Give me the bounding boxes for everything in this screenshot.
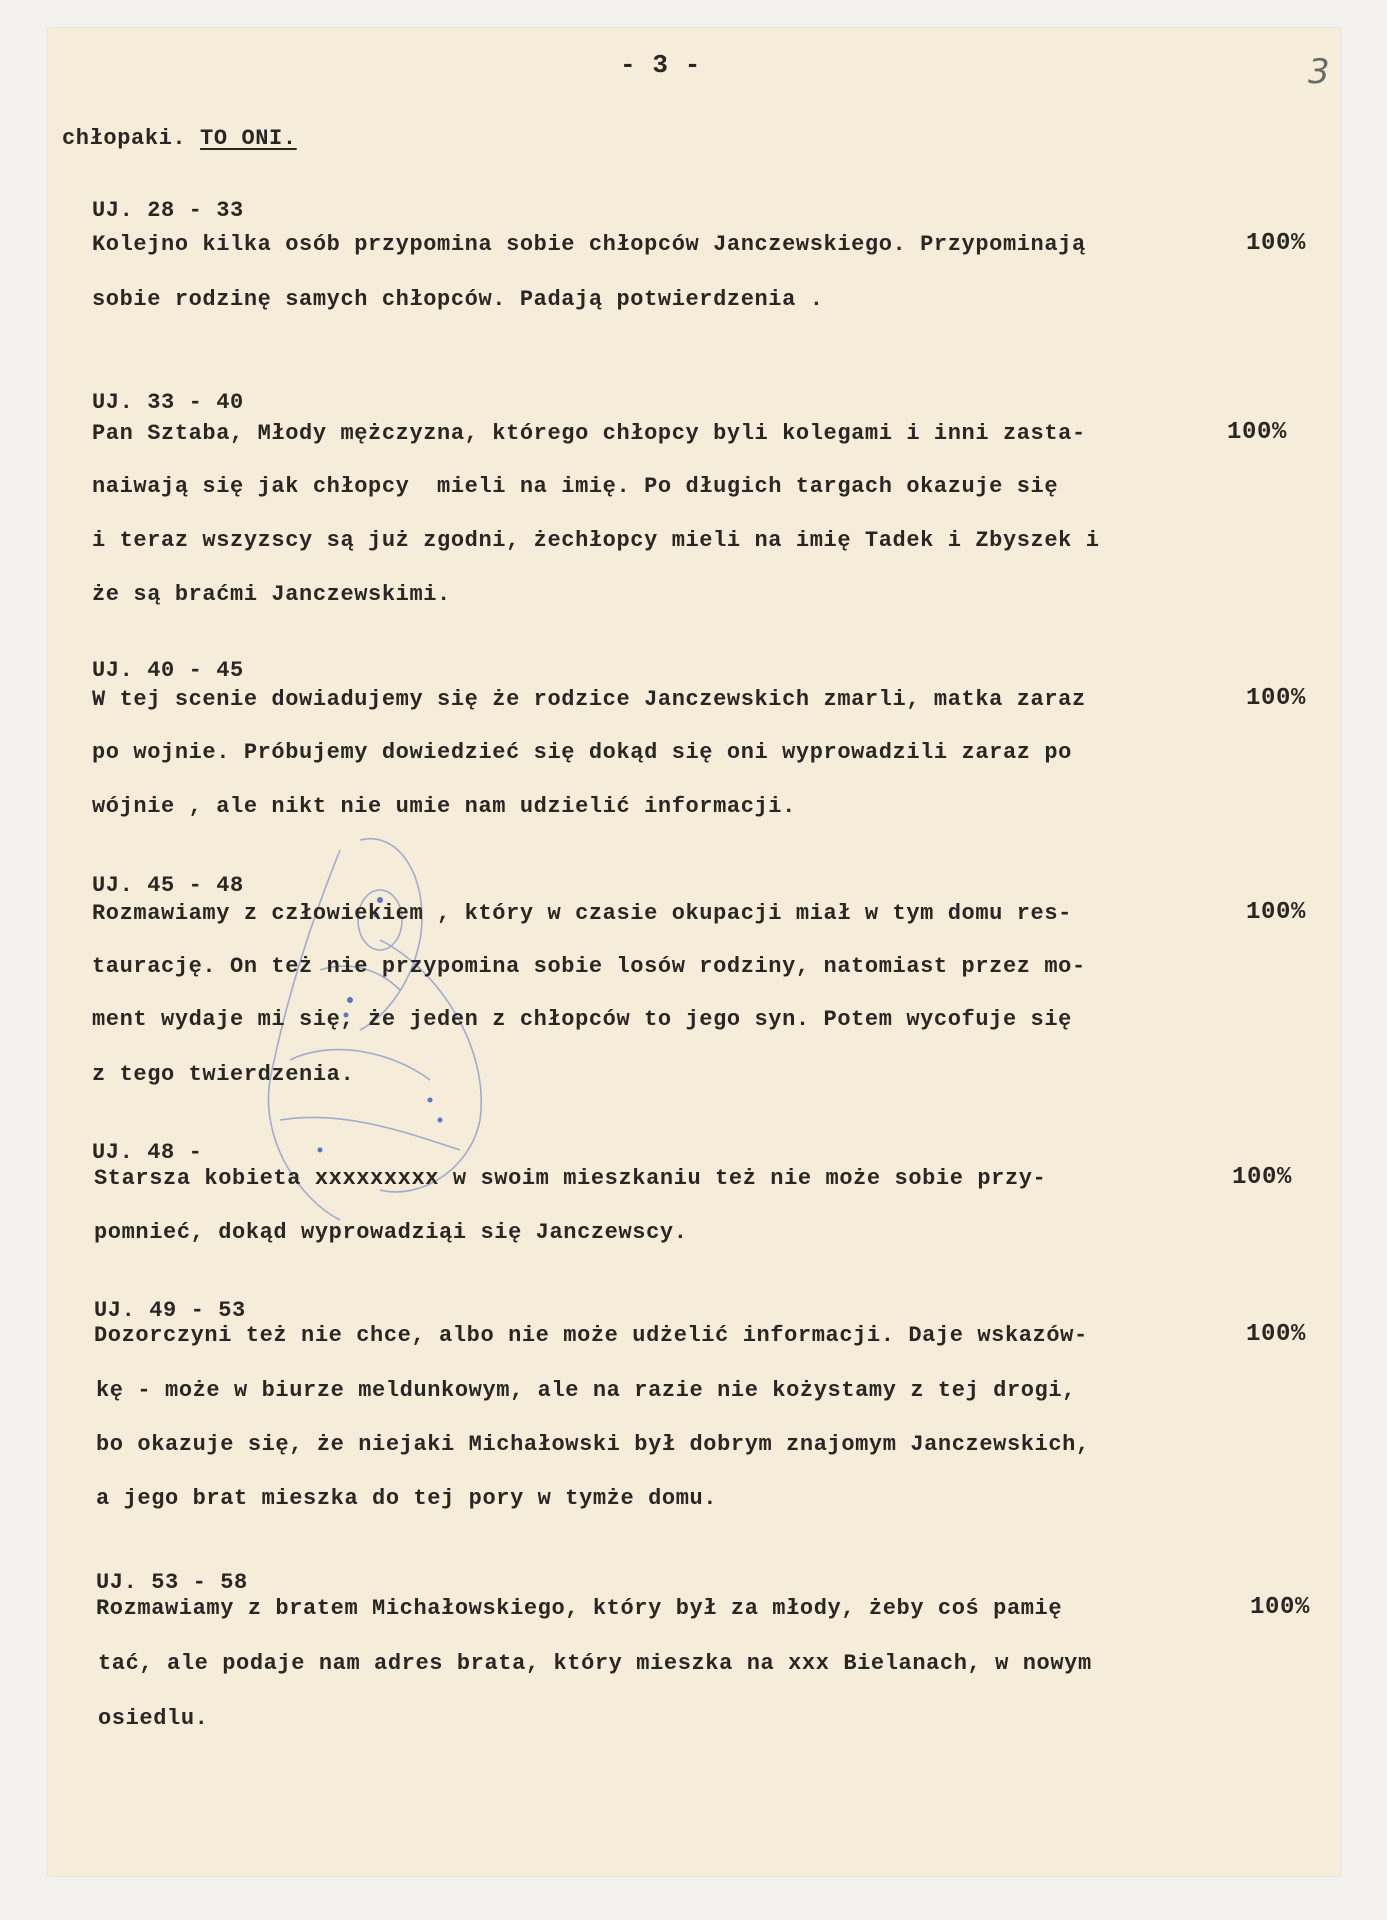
page-header: - 3 - bbox=[620, 52, 701, 78]
intro-emphasis: TO ONI. bbox=[200, 126, 297, 151]
section-line: z tego twierdzenia. bbox=[92, 1064, 354, 1086]
section-label: UJ. 40 - 45 bbox=[92, 660, 244, 682]
section-line: Rozmawiamy z bratem Michałowskiego, któr… bbox=[96, 1598, 1062, 1620]
section-percent: 100% bbox=[1250, 1596, 1310, 1620]
section-line: i teraz wszyzscy są już zgodni, żechłopc… bbox=[92, 530, 1100, 552]
section-line: po wojnie. Próbujemy dowiedzieć się doką… bbox=[92, 742, 1072, 764]
section-line: ment wydaje mi się, że jeden z chłopców … bbox=[92, 1009, 1072, 1031]
section-line: bo okazuje się, że niejaki Michałowski b… bbox=[96, 1434, 1090, 1456]
section-line: Starsza kobieta xxxxxxxxx w swoim mieszk… bbox=[94, 1168, 1046, 1190]
section-label: UJ. 33 - 40 bbox=[92, 392, 244, 414]
intro-line: chłopaki. TO ONI. bbox=[62, 128, 297, 150]
section-line: tać, ale podaje nam adres brata, który m… bbox=[98, 1653, 1092, 1675]
section-line: Rozmawiamy z człowiekiem , który w czasi… bbox=[92, 903, 1072, 925]
section-percent: 100% bbox=[1246, 687, 1306, 711]
section-line: W tej scenie dowiadujemy się że rodzice … bbox=[92, 689, 1086, 711]
section-line: naiwają się jak chłopcy mieli na imię. P… bbox=[92, 476, 1058, 498]
section-line: Pan Sztaba, Młody mężczyzna, którego chł… bbox=[92, 423, 1086, 445]
section-line: osiedlu. bbox=[98, 1708, 208, 1730]
section-percent: 100% bbox=[1227, 421, 1287, 445]
section-label: UJ. 28 - 33 bbox=[92, 200, 244, 222]
intro-text: chłopaki. bbox=[62, 126, 186, 151]
section-label: UJ. 53 - 58 bbox=[96, 1572, 248, 1594]
section-line: Dozorczyni też nie chce, albo nie może u… bbox=[94, 1325, 1088, 1347]
section-percent: 100% bbox=[1246, 1323, 1306, 1347]
section-label: UJ. 49 - 53 bbox=[94, 1300, 246, 1322]
section-percent: 100% bbox=[1246, 901, 1306, 925]
handwritten-page-number: 3 bbox=[1308, 52, 1330, 92]
section-label: UJ. 45 - 48 bbox=[92, 875, 244, 897]
section-line: taurację. On też nie przypomina sobie lo… bbox=[92, 956, 1086, 978]
section-line: kę - może w biurze meldunkowym, ale na r… bbox=[96, 1380, 1076, 1402]
section-percent: 100% bbox=[1232, 1166, 1292, 1190]
section-line: sobie rodzinę samych chłopców. Padają po… bbox=[92, 289, 824, 311]
section-label: UJ. 48 - bbox=[92, 1142, 202, 1164]
section-line: że są braćmi Janczewskimi. bbox=[92, 584, 451, 606]
section-line: wójnie , ale nikt nie umie nam udzielić … bbox=[92, 796, 796, 818]
section-line: Kolejno kilka osób przypomina sobie chło… bbox=[92, 234, 1086, 256]
section-line: a jego brat mieszka do tej pory w tymże … bbox=[96, 1488, 717, 1510]
section-percent: 100% bbox=[1246, 232, 1306, 256]
section-line: pomnieć, dokąd wyprowadziąi się Janczews… bbox=[94, 1222, 688, 1244]
